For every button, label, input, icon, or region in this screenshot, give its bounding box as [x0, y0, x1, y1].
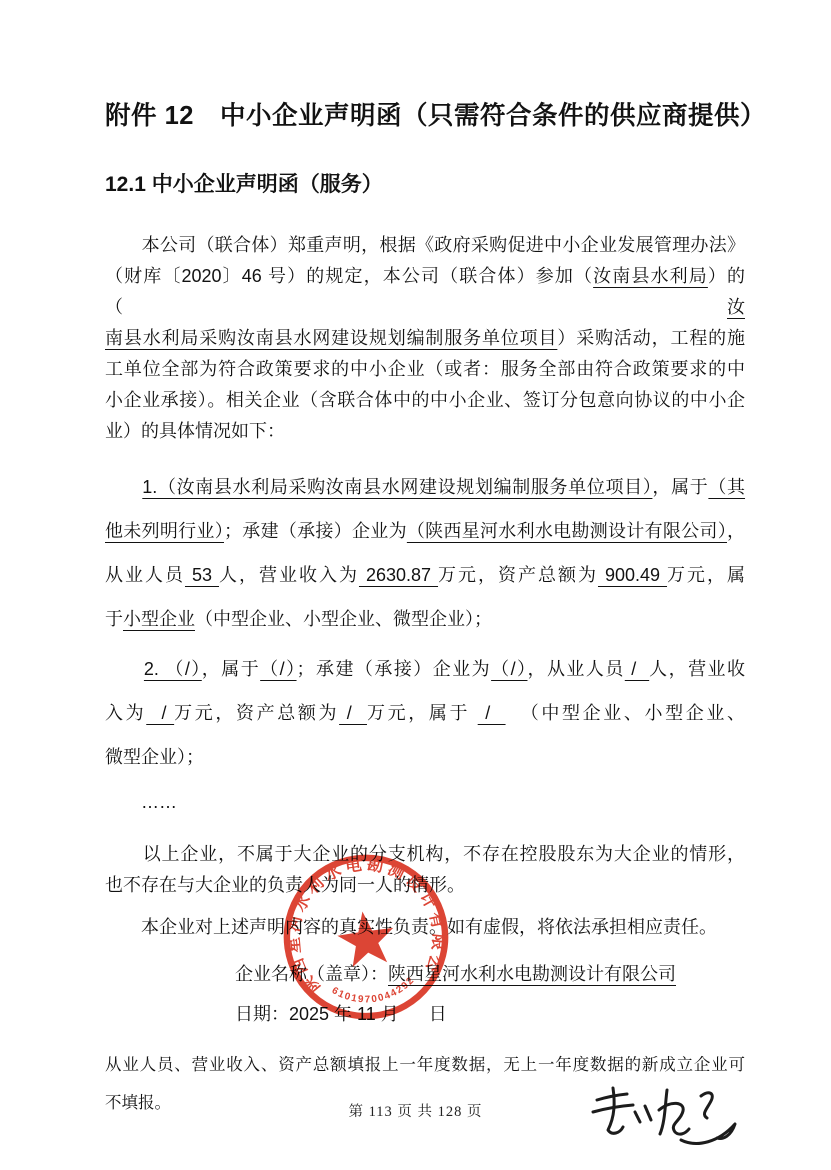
text-run — [105, 477, 142, 497]
date-suffix: 日 — [429, 1004, 447, 1024]
underlined-fill: 2630.87 — [359, 565, 438, 585]
text-run: ；承建（承接）企业为 — [224, 521, 407, 541]
section-heading: 12.1 中小企业声明函（服务） — [105, 168, 745, 198]
text-run: ，从业人员 — [527, 659, 624, 679]
document-content: 附件 12 中小企业声明函（只需符合条件的供应商提供） 12.1 中小企业声明函… — [105, 0, 745, 1122]
paragraph-p2: 1.（汝南县水利局采购汝南县水网建设规划编制服务单位项目），属于（其他未列明行业… — [105, 465, 745, 641]
underlined-fill: 汝南县水利局 — [593, 266, 708, 286]
page-number-footer: 第 113 页 共 128 页 — [0, 1100, 831, 1121]
paragraph-p4: …… — [105, 787, 745, 818]
doc-line: （财库〔2020〕46 号）的规定，本公司（联合体）参加（汝南县水利局）的（汝 — [105, 261, 745, 323]
doc-line: 于小型企业（中型企业、小型企业、微型企业）； — [105, 597, 745, 641]
doc-line: 从业人员 53 人，营业收入为 2630.87 万元，资产总额为 900.49 … — [105, 553, 745, 597]
underlined-fill: 汝 — [727, 297, 745, 317]
text-run: 万元，资产总额为 — [174, 703, 339, 723]
text-run: 从业人员、营业收入、资产总额填报上一年度数据，无上一年度数据的新成立企业可 — [105, 1056, 745, 1074]
declaration-document-page: 附件 12 中小企业声明函（只需符合条件的供应商提供） 12.1 中小企业声明函… — [0, 0, 831, 1170]
text-run: 以上企业，不属于大企业的分支机构，不存在控股股东为大企业的情形， — [105, 844, 745, 864]
text-run: 微型企业）； — [105, 747, 204, 767]
doc-line: …… — [105, 787, 745, 818]
doc-line: 业）的具体情况如下： — [105, 416, 745, 447]
document-body: 本公司（联合体）郑重声明，根据《政府采购促进中小企业发展管理办法》（财库〔202… — [105, 230, 745, 943]
text-run: 本公司（联合体）郑重声明，根据《政府采购促进中小企业发展管理办法》 — [105, 235, 745, 255]
text-run: ，属于 — [202, 659, 260, 679]
underlined-fill: / — [625, 659, 649, 679]
underlined-fill: / — [478, 703, 506, 723]
paragraph-p5: 以上企业，不属于大企业的分支机构，不存在控股股东为大企业的情形，也不存在与大企业… — [105, 839, 745, 901]
text-run: ；承建（承接）企业为 — [297, 659, 492, 679]
paragraph-p3: 2. （/），属于（/）；承建（承接）企业为（/），从业人员 / 人，营业收入为… — [105, 647, 745, 779]
date-line: 日期：2025 年 11 月日 — [105, 999, 745, 1030]
text-run: （中型企业、小型企业、 — [506, 703, 745, 723]
text-run: …… — [105, 792, 177, 812]
underlined-fill: （/） — [491, 659, 527, 679]
doc-line: 以上企业，不属于大企业的分支机构，不存在控股股东为大企业的情形， — [105, 839, 745, 870]
company-name-value: 陕西星河水利水电勘测设计有限公司 — [388, 964, 676, 984]
text-run: ）采购活动，工程的施 — [557, 328, 745, 348]
text-run: （财库〔2020〕46 号）的规定，本公司（联合体）参加（ — [105, 266, 593, 286]
doc-line: 南县水利局采购汝南县水网建设规划编制服务单位项目）采购活动，工程的施 — [105, 323, 745, 354]
text-run: 业）的具体情况如下： — [105, 421, 285, 441]
underlined-fill: 小型企业 — [123, 609, 195, 629]
doc-line: 微型企业）； — [105, 735, 745, 779]
doc-line: 小企业承接）。相关企业（含联合体中的中小企业、签订分包意向协议的中小企 — [105, 385, 745, 416]
text-run: ， — [727, 521, 745, 541]
underlined-fill: 南县水利局采购汝南县水网建设规划编制服务单位项目 — [105, 328, 557, 348]
underlined-fill: （其 — [708, 477, 745, 497]
company-name-label: 企业名称（盖章）： — [235, 964, 388, 984]
text-run: 万元，属 — [667, 565, 745, 585]
underlined-fill: 2. （/） — [144, 659, 202, 679]
underlined-fill: 1.（汝南县水利局采购汝南县水网建设规划编制服务单位项目） — [142, 477, 652, 497]
text-run: 本企业对上述声明内容的真实性负责。如有虚假，将依法承担相应责任。 — [105, 917, 717, 937]
text-run: 小企业承接）。相关企业（含联合体中的中小企业、签订分包意向协议的中小企 — [105, 390, 745, 410]
underlined-fill: （陕西星河水利水电勘测设计有限公司） — [407, 521, 727, 541]
underlined-fill: / — [339, 703, 367, 723]
underlined-fill: / — [146, 703, 174, 723]
text-run: 从业人员 — [105, 565, 185, 585]
text-run: 也不存在与大企业的负责人为同一人的情形。 — [105, 875, 465, 895]
doc-line: 本企业对上述声明内容的真实性负责。如有虚假，将依法承担相应责任。 — [105, 912, 745, 943]
document-title: 附件 12 中小企业声明函（只需符合条件的供应商提供） — [105, 0, 745, 132]
company-name-line: 企业名称（盖章）：陕西星河水利水电勘测设计有限公司 — [105, 959, 745, 990]
underlined-fill: 53 — [185, 565, 219, 585]
doc-line: 本公司（联合体）郑重声明，根据《政府采购促进中小企业发展管理办法》 — [105, 230, 745, 261]
paragraph-p6: 本企业对上述声明内容的真实性负责。如有虚假，将依法承担相应责任。 — [105, 912, 745, 943]
text-run: 工单位全部为符合政策要求的中小企业（或者：服务全部由符合政策要求的中 — [105, 359, 745, 379]
doc-line: 2. （/），属于（/）；承建（承接）企业为（/），从业人员 / 人，营业收 — [105, 647, 745, 691]
underlined-fill: （/） — [260, 659, 296, 679]
text-run: 于 — [105, 609, 123, 629]
paragraph-p1: 本公司（联合体）郑重声明，根据《政府采购促进中小企业发展管理办法》（财库〔202… — [105, 230, 745, 447]
doc-line: 入为 / 万元，资产总额为 / 万元，属于 / （中型企业、小型企业、 — [105, 691, 745, 735]
underlined-fill: 900.49 — [598, 565, 667, 585]
doc-line: 他未列明行业）；承建（承接）企业为（陕西星河水利水电勘测设计有限公司）， — [105, 509, 745, 553]
text-run: （中型企业、小型企业、微型企业）； — [195, 609, 492, 629]
text-run: ，属于 — [652, 477, 708, 497]
text-run: 万元，资产总额为 — [438, 565, 598, 585]
doc-line: 也不存在与大企业的负责人为同一人的情形。 — [105, 870, 745, 901]
doc-line: 工单位全部为符合政策要求的中小企业（或者：服务全部由符合政策要求的中 — [105, 354, 745, 385]
date-prefix: 日期：2025 年 11 月 — [235, 1004, 399, 1024]
text-run: 万元，属于 — [367, 703, 478, 723]
doc-line: 1.（汝南县水利局采购汝南县水网建设规划编制服务单位项目），属于（其 — [105, 465, 745, 509]
underlined-fill: 他未列明行业） — [105, 521, 224, 541]
text-run: 入为 — [105, 703, 146, 723]
text-run: 人，营业收 — [649, 659, 745, 679]
text-run: 人，营业收入为 — [219, 565, 359, 585]
text-run — [105, 659, 144, 679]
